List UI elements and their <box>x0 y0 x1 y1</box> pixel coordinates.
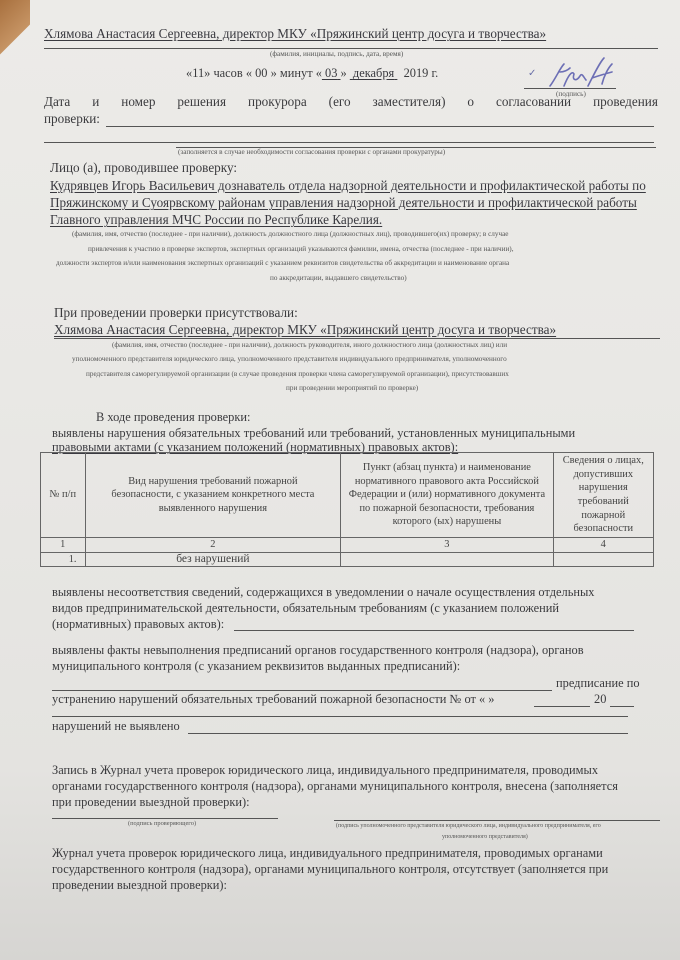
minutes-value: 00 <box>255 66 267 80</box>
prosecutor-decision-label: Датаиномеррешенияпрокурора(егозаместител… <box>44 94 658 110</box>
inspector-line-1: Кудрявцев Игорь Васильевич дознаватель о… <box>50 178 646 194</box>
inspector-line-3: Главного управления МЧС России по Респуб… <box>50 212 382 228</box>
mismatch-text-1: выявлены несоответствия сведений, содерж… <box>52 585 595 600</box>
journal-absent-text-1: Журнал учета проверок юридического лица,… <box>52 846 603 861</box>
journal-absent-text-2: государственного контроля (надзора), орг… <box>52 862 608 877</box>
prosecutor-decision-label-2: проверки: <box>44 111 100 127</box>
findings-intro: В ходе проведения проверки: <box>96 410 250 425</box>
col-number-4: 4 <box>553 538 653 553</box>
inspector-signature-field[interactable] <box>52 818 278 819</box>
minutes-label: минут <box>280 66 313 80</box>
order-date-field[interactable] <box>534 706 590 707</box>
inspection-datetime: «11» часов « 00 » минут « 03 » декабря 2… <box>186 66 438 81</box>
violations-text-1: выявлены нарушения обязательных требован… <box>52 426 658 441</box>
day-value: 03 <box>322 66 341 80</box>
journal-entry-text-2: органами государственного контроля (надз… <box>52 779 618 794</box>
mismatch-text-2: видов предпринимательской деятельности, … <box>52 601 559 616</box>
prosecutor-hint: (заполняется в случае необходимости согл… <box>178 148 445 156</box>
inspected-person-hint: (фамилия, инициалы, подпись, дата, время… <box>270 50 403 58</box>
row-persons <box>553 552 653 567</box>
orders-text-3: предписание по <box>556 676 640 691</box>
present-label: При проведении проверки присутствовали: <box>54 305 298 321</box>
inspected-person-name: Хлямова Анастасия Сергеевна, директор МК… <box>44 26 546 42</box>
orders-field-2[interactable] <box>52 716 628 717</box>
col-number-3: 3 <box>341 538 553 553</box>
table-header-row: № п/п Вид нарушения требований пожарной … <box>41 453 654 538</box>
orders-text-2: муниципального контроля (с указанием рек… <box>52 659 460 674</box>
present-hint-1: (фамилия, имя, отчество (последнее - при… <box>112 341 507 349</box>
present-hint-3: представителя саморегулируемой организац… <box>86 370 509 378</box>
representative-signature-hint-2: уполномоченного представителя) <box>442 834 528 840</box>
hours-label: часов <box>213 66 242 80</box>
order-year-field[interactable] <box>610 706 634 707</box>
desk-background-corner <box>0 0 30 60</box>
inspector-hint-2: привлечения к участию в проверке эксперт… <box>88 245 514 253</box>
orders-field[interactable] <box>52 690 552 691</box>
year-value: 2019 г. <box>404 66 439 80</box>
row-number: 1. <box>41 552 86 567</box>
inspector-hint-1: (фамилия, имя, отчество (последнее - при… <box>72 230 508 238</box>
present-line <box>54 338 660 339</box>
mismatch-field[interactable] <box>234 630 634 631</box>
inspector-line-2: Пряжинскому и Суоярвскому районам управл… <box>50 195 637 211</box>
prosecutor-decision-field-2[interactable] <box>44 142 654 143</box>
inspector-signature-hint: (подпись проверяющего) <box>128 820 196 827</box>
present-hint-2: уполномоченного представителя юридическо… <box>72 355 507 363</box>
inspector-hint-3: должности экспертов и/или наименования э… <box>56 259 509 267</box>
header-violation-type: Вид нарушения требований пожарной безопа… <box>85 453 341 538</box>
orders-text-4: устранению нарушений обязательных требов… <box>52 692 495 707</box>
none-found-field[interactable] <box>188 733 628 734</box>
order-year-prefix: 20 <box>594 692 606 707</box>
journal-entry-text-3: при проведении выездной проверки): <box>52 795 250 810</box>
inspector-hint-4: по аккредитации, выдавшего свидетельство… <box>270 274 407 282</box>
header-regulation: Пункт (абзац пункта) и наименование норм… <box>341 453 553 538</box>
table-column-numbers-row: 1 2 3 4 <box>41 538 654 553</box>
representative-signature-hint-1: (подпись уполномоченного представителя ю… <box>336 823 601 829</box>
none-found-label: нарушений не выявлено <box>52 719 180 734</box>
col-number-1: 1 <box>41 538 86 553</box>
violations-table: № п/п Вид нарушения требований пожарной … <box>40 452 654 567</box>
inspected-person-line <box>44 48 658 49</box>
representative-signature-field[interactable] <box>334 820 660 821</box>
month-value: декабря <box>350 66 398 80</box>
prosecutor-decision-field[interactable] <box>106 126 654 127</box>
row-violation: без нарушений <box>85 552 341 567</box>
signature-line <box>524 88 616 89</box>
hours-value: 11 <box>192 66 204 80</box>
col-number-2: 2 <box>85 538 341 553</box>
table-row: 1. без нарушений <box>41 552 654 567</box>
header-number: № п/п <box>41 453 86 538</box>
present-value: Хлямова Анастасия Сергеевна, директор МК… <box>54 322 556 338</box>
present-hint-4: при проведении мероприятий по проверке) <box>286 384 418 392</box>
check-mark-icon: ✓ <box>528 68 536 79</box>
journal-absent-text-3: проведении выездной проверки): <box>52 878 227 893</box>
orders-text-1: выявлены факты невыполнения предписаний … <box>52 643 584 658</box>
mismatch-text-3: (нормативных) правовых актов): <box>52 617 224 632</box>
header-persons: Сведения о лицах, допустивших нарушения … <box>553 453 653 538</box>
journal-entry-text-1: Запись в Журнал учета проверок юридическ… <box>52 763 598 778</box>
row-regulation <box>341 552 553 567</box>
inspector-label: Лицо (а), проводившее проверку: <box>50 160 237 176</box>
document-page: Хлямова Анастасия Сергеевна, директор МК… <box>0 0 680 960</box>
